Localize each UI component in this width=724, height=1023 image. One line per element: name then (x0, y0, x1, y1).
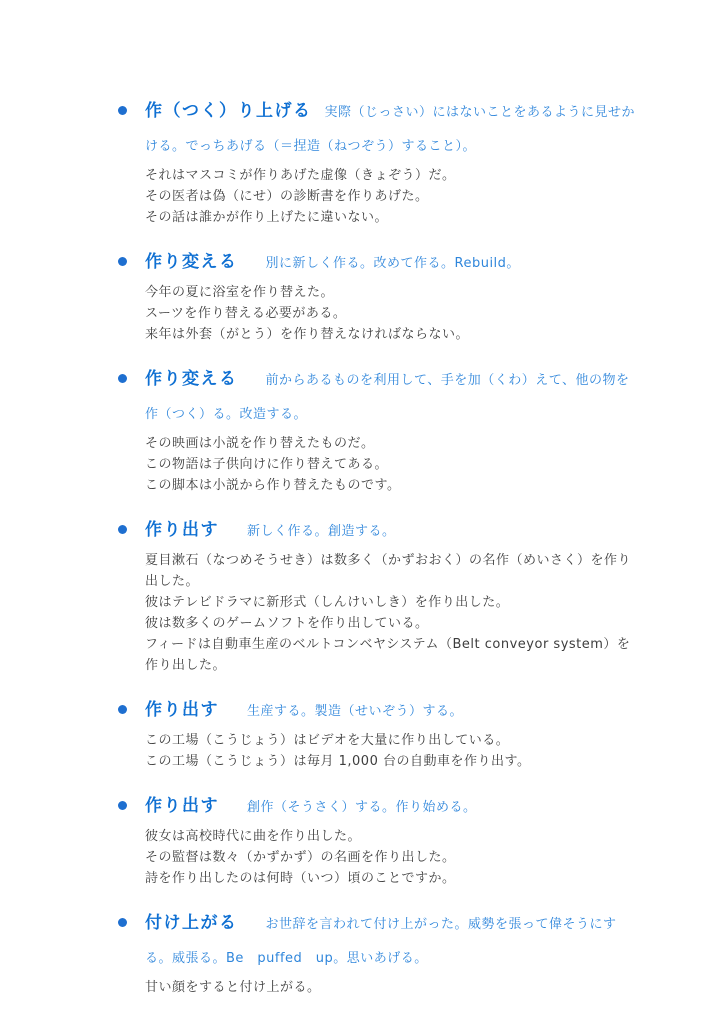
example-sentence: その映画は小説を作り替えたものだ。 (145, 433, 635, 454)
entry-definition: 別に新しく作る。改めて作る。Rebuild。 (266, 256, 520, 271)
entry: 作り変える別に新しく作る。改めて作る。Rebuild。 今年の夏に浴室を作り替え… (145, 246, 635, 345)
example-sentence: 詩を作り出したのは何時（いつ）頃のことですか。 (145, 868, 635, 889)
entry: 付け上がるお世辞を言われて付け上がった。威勢を張って偉そうにする。威張る。Be … (145, 907, 635, 998)
entry-headline: 作り出す創作（そうさく）する。作り始める。 (145, 790, 635, 824)
entry: 作（つく）り上げる実際（じっさい）にはないことをあるように見せかける。でっちあげ… (145, 95, 635, 228)
example-sentence: 彼女は高校時代に曲を作り出した。 (145, 826, 635, 847)
entry: 作り出す創作（そうさく）する。作り始める。 彼女は高校時代に曲を作り出した。 そ… (145, 790, 635, 889)
example-sentence: この工場（こうじょう）は毎月 1,000 台の自動車を作り出す。 (145, 751, 635, 772)
document-page: 作（つく）り上げる実際（じっさい）にはないことをあるように見せかける。でっちあげ… (0, 0, 724, 1023)
entry-headline: 付け上がるお世辞を言われて付け上がった。威勢を張って偉そうにする。威張る。Be … (145, 907, 635, 975)
entry-heading: 作り変える (145, 369, 238, 389)
entry-heading: 作り出す (145, 520, 219, 540)
bullet-icon (118, 525, 127, 534)
entry-headline: 作り変える前からあるものを利用して、手を加（くわ）えて、他の物を作（つく）る。改… (145, 363, 635, 431)
bullet-icon (118, 918, 127, 927)
example-sentence: その医者は偽（にせ）の診断書を作りあげた。 (145, 186, 635, 207)
bullet-icon (118, 106, 127, 115)
entry-headline: 作（つく）り上げる実際（じっさい）にはないことをあるように見せかける。でっちあげ… (145, 95, 635, 163)
entry: 作り出す生産する。製造（せいぞう）する。 この工場（こうじょう）はビデオを大量に… (145, 694, 635, 772)
entry-heading: 作り変える (145, 252, 238, 272)
bullet-icon (118, 257, 127, 266)
bullet-icon (118, 374, 127, 383)
entry-heading: 付け上がる (145, 913, 238, 933)
example-sentence: 夏目漱石（なつめそうせき）は数多く（かずおおく）の名作（めいさく）を作り出した。 (145, 550, 635, 592)
example-sentence: その話は誰かが作り上げたに違いない。 (145, 207, 635, 228)
example-sentence: 彼はテレビドラマに新形式（しんけいしき）を作り出した。 (145, 592, 635, 613)
example-sentence: それはマスコミが作りあげた虚像（きょぞう）だ。 (145, 165, 635, 186)
bullet-icon (118, 705, 127, 714)
example-sentence: この物語は子供向けに作り替えてある。 (145, 454, 635, 475)
example-sentence: この工場（こうじょう）はビデオを大量に作り出している。 (145, 730, 635, 751)
entry-definition: 生産する。製造（せいぞう）する。 (247, 704, 463, 719)
entry-headline: 作り変える別に新しく作る。改めて作る。Rebuild。 (145, 246, 635, 280)
entry-heading: 作り出す (145, 796, 219, 816)
entry: 作り変える前からあるものを利用して、手を加（くわ）えて、他の物を作（つく）る。改… (145, 363, 635, 496)
example-sentence: 来年は外套（がとう）を作り替えなければならない。 (145, 324, 635, 345)
example-sentence: スーツを作り替える必要がある。 (145, 303, 635, 324)
entry-definition: 創作（そうさく）する。作り始める。 (247, 800, 477, 815)
entry-headline: 作り出す新しく作る。創造する。 (145, 514, 635, 548)
entry-heading: 作り出す (145, 700, 219, 720)
entry-headline: 作り出す生産する。製造（せいぞう）する。 (145, 694, 635, 728)
example-sentence: 今年の夏に浴室を作り替えた。 (145, 282, 635, 303)
entry-definition: 新しく作る。創造する。 (247, 524, 396, 539)
example-sentence: 甘い顔をすると付け上がる。 (145, 977, 635, 998)
entry: 作り出す新しく作る。創造する。 夏目漱石（なつめそうせき）は数多く（かずおおく）… (145, 514, 635, 676)
example-sentence: フィードは自動車生産のベルトコンベヤシステム（Belt conveyor sys… (145, 634, 635, 676)
example-sentence: その監督は数々（かずかず）の名画を作り出した。 (145, 847, 635, 868)
document-content: 作（つく）り上げる実際（じっさい）にはないことをあるように見せかける。でっちあげ… (145, 95, 635, 1016)
example-sentence: この脚本は小説から作り替えたものです。 (145, 475, 635, 496)
example-sentence: 彼は数多くのゲームソフトを作り出している。 (145, 613, 635, 634)
bullet-icon (118, 801, 127, 810)
entry-heading: 作（つく）り上げる (145, 101, 312, 121)
